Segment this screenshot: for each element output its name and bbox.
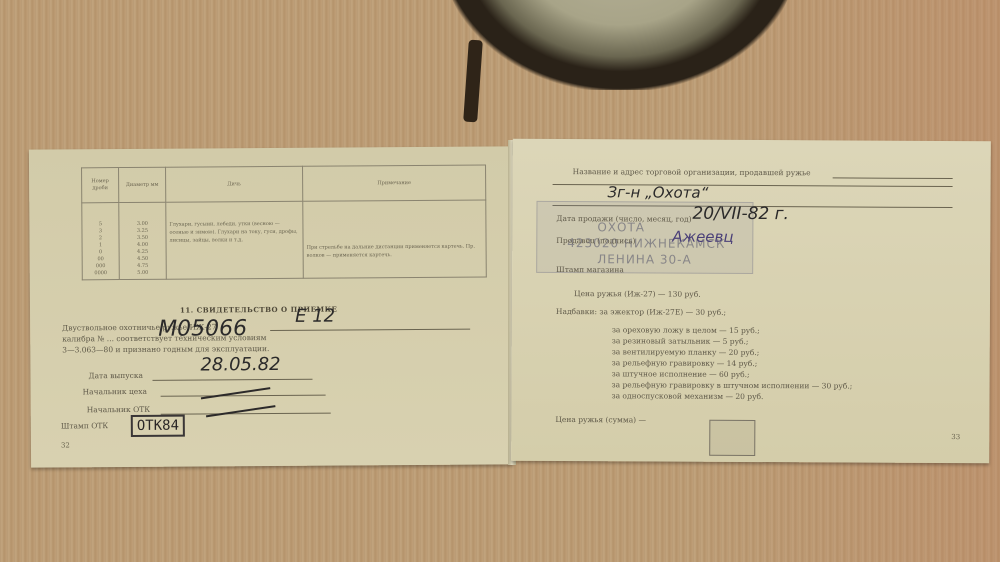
shot-size-table: Номер дроби Диаметр мм Дичь Примечание 5… — [81, 164, 487, 280]
release-date-label: Дата выпуска — [88, 371, 143, 380]
handwritten-caliber: Е 12 — [295, 306, 335, 327]
workshop-chief-label: Начальник цеха — [83, 387, 147, 396]
seller-signature: Ажеевц — [672, 228, 733, 246]
handwritten-serial: М05066 — [158, 316, 247, 342]
signature-otk — [206, 405, 276, 417]
handwritten-sale-date: 20/VII-82 г. — [692, 204, 789, 225]
header-shot-number: Номер дроби — [82, 168, 119, 203]
handwritten-release-date: 28.05.82 — [200, 354, 280, 376]
shop-line-1 — [833, 177, 953, 179]
shot-numbers: 53 21 000 0000000 — [82, 203, 120, 280]
right-page: Название и адрес торговой организации, п… — [511, 139, 991, 463]
note-cell: При стрельбе на дальние дистанции примен… — [303, 200, 487, 278]
surcharge-line: Надбавки: за эжектор (Иж-27Е) — 30 руб.; — [556, 307, 726, 317]
shop-label: Название и адрес торговой организации, п… — [573, 167, 811, 177]
store-stamp-label: Штамп магазина — [556, 265, 624, 274]
signature-workshop — [201, 387, 271, 399]
otk-chief-label: Начальник ОТК — [87, 405, 150, 414]
sale-date-label: Дата продажи (число, месяц, год) — [556, 214, 691, 224]
header-diameter: Диаметр мм — [119, 167, 166, 202]
surcharge-3: за вентилируемую планку — 20 руб.; — [612, 347, 760, 357]
otk-chief-line — [161, 413, 331, 415]
caliber-line — [270, 329, 470, 331]
game-cell: Глухари, гусыни, лебеди, утки (весною — … — [166, 201, 304, 279]
surcharge-4: за рельефную гравировку — 14 руб.; — [612, 358, 758, 368]
otk-stamp: ОТК84 — [131, 415, 185, 437]
surcharge-6: за рельефную гравировку в штучном исполн… — [612, 380, 853, 390]
page-number-left: 32 — [61, 441, 70, 449]
handwritten-shop: Зг-н „Охота“ — [608, 183, 709, 202]
release-date-line — [153, 379, 313, 381]
page-number-right: 33 — [951, 433, 960, 441]
price-line: Цена ружья (Иж-27) — 130 руб. — [574, 289, 701, 299]
seller-label: Продавец (подпись) — [556, 236, 635, 245]
left-page: Номер дроби Диаметр мм Дичь Примечание 5… — [29, 146, 513, 467]
otk-stamp-label: Штамп ОТК — [61, 421, 108, 430]
surcharge-5: за штучное исполнение — 60 руб.; — [612, 369, 750, 379]
small-stamp — [709, 420, 755, 456]
shot-diameters: 3.003.25 3.504.00 4.254.50 4.755.00 — [119, 202, 167, 279]
surcharge-1: за ореховую ложу в целом — 15 руб.; — [612, 325, 760, 335]
total-label: Цена ружья (сумма) — — [555, 415, 646, 424]
header-game: Дичь — [166, 166, 303, 202]
workshop-chief-line — [161, 395, 326, 397]
cert-line-3: 3—3.063—80 и признано годным для эксплуа… — [62, 344, 269, 354]
header-note: Примечание — [303, 165, 486, 201]
surcharge-7: за односпусковой механизм — 20 руб. — [611, 391, 763, 401]
surcharge-2: за резиновый затыльник — 5 руб.; — [612, 336, 749, 346]
